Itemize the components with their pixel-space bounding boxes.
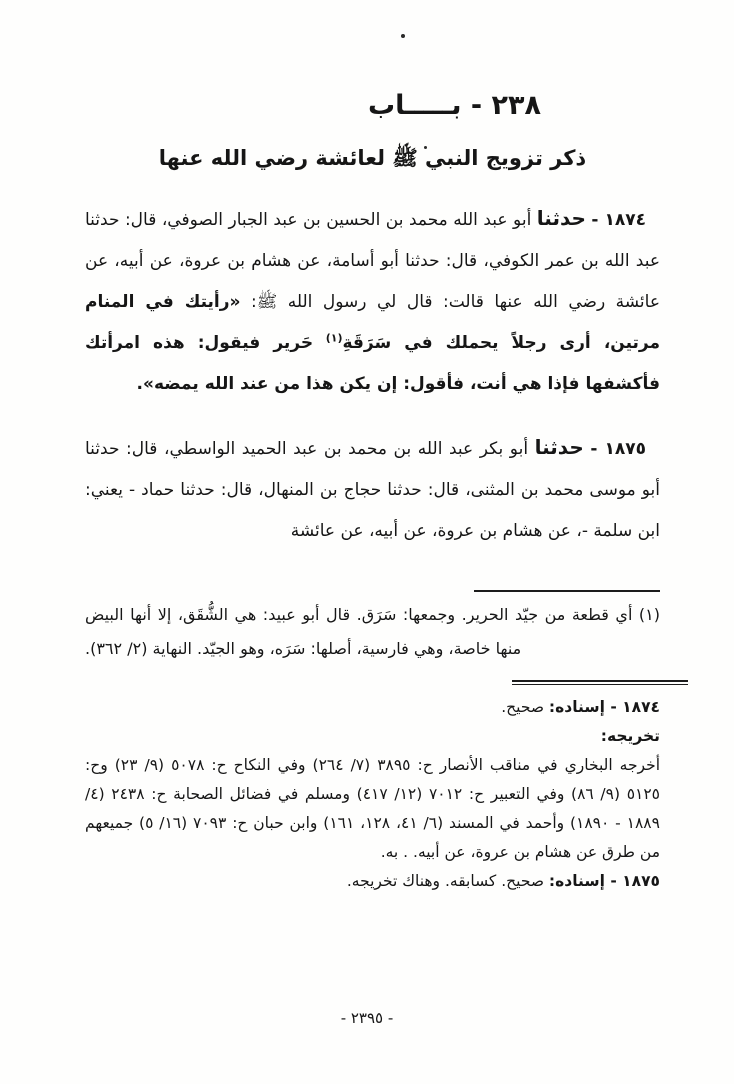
takhrij-section: ١٨٧٤ - إسناده: صحيح. تخريجه: أخرجه البخا… [85, 693, 660, 896]
isnad-grade: صحيح. كسابقه. وهناك تخريجه. [347, 872, 544, 890]
isnad-label: ١٨٧٤ - إسناده: [549, 698, 660, 716]
page-number: - ٢٣٩٥ - [0, 1009, 734, 1027]
chapter-title: ذكر تزويج النبي ﷺ لعائشة رضي الله عنها [85, 140, 660, 176]
haddathana-ligature: حدثنا [535, 435, 584, 459]
hadith-1875-paragraph: ١٨٧٥ - حدثنا أبو بكر عبد الله بن محمد بن… [85, 427, 660, 552]
takhrij-references: أخرجه البخاري في مناقب الأنصار ح: ٣٨٩٥ (… [85, 751, 660, 867]
footnote-1: (١) أي قطعة من جيّد الحرير. وجمعها: سَرَ… [85, 598, 660, 666]
scan-speck [401, 34, 405, 38]
isnad-grade: صحيح. [501, 698, 544, 716]
hadith-number: ١٨٧٥ - [590, 439, 646, 459]
haddathana-ligature: حدثنا [537, 206, 586, 230]
footnote-text: أي قطعة من جيّد الحرير. وجمعها: سَرَق. ق… [85, 605, 632, 658]
isnad-grade-1875: ١٨٧٥ - إسناده: صحيح. كسابقه. وهناك تخريج… [85, 867, 660, 896]
footnote-separator-rule [474, 590, 660, 592]
hadith-number: ١٨٧٤ - [591, 210, 646, 230]
hadith-1874-paragraph: ١٨٧٤ - حدثنا أبو عبد الله محمد بن الحسين… [85, 198, 660, 405]
footnote-marker: (١) [639, 605, 660, 624]
takhrij-label: تخريجه: [85, 722, 660, 751]
footnote-reference-mark: (١) [326, 331, 343, 344]
isnad-label: ١٨٧٥ - إسناده: [549, 872, 660, 890]
isnad-grade-1874: ١٨٧٤ - إسناده: صحيح. [85, 693, 660, 722]
chapter-number-heading: ٢٣٨ - بـــــاب [167, 88, 734, 124]
book-page: ٢٣٨ - بـــــاب ذكر تزويج النبي ﷺ لعائشة … [0, 0, 734, 1084]
takhrij-separator-double-rule [512, 680, 688, 685]
scan-speck [424, 146, 427, 149]
